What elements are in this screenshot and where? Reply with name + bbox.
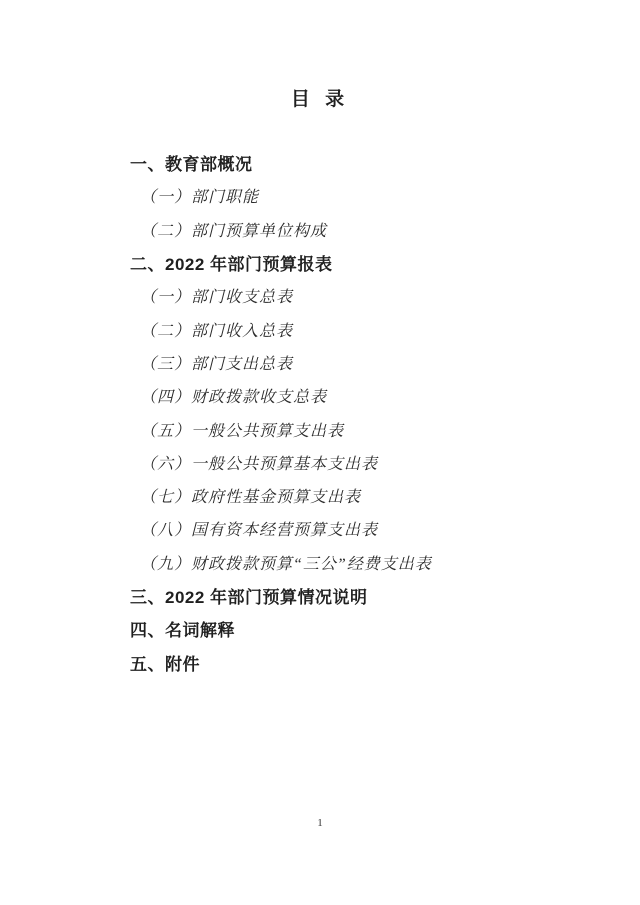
toc-item-level2: （六）一般公共预算基本支出表 bbox=[130, 446, 600, 479]
toc-item-level2: （四）财政拨款收支总表 bbox=[130, 379, 600, 412]
toc-item-level2: （七）政府性基金预算支出表 bbox=[130, 479, 600, 512]
page-title: 目 录 bbox=[0, 84, 640, 111]
toc-item-level2: （一）部门收支总表 bbox=[130, 279, 600, 312]
toc-item-level2: （二）部门预算单位构成 bbox=[130, 213, 600, 246]
toc-list: 一、教育部概况（一）部门职能（二）部门预算单位构成二、2022 年部门预算报表（… bbox=[130, 146, 600, 679]
toc-item-level2: （九）财政拨款预算“三公”经费支出表 bbox=[130, 546, 600, 579]
document-page: 目 录 一、教育部概况（一）部门职能（二）部门预算单位构成二、2022 年部门预… bbox=[0, 0, 640, 905]
toc-item-level1: 四、名词解释 bbox=[130, 612, 600, 645]
toc-item-level1: 三、2022 年部门预算情况说明 bbox=[130, 579, 600, 612]
page-number: 1 bbox=[0, 817, 640, 829]
toc-item-level1: 一、教育部概况 bbox=[130, 146, 600, 179]
toc-item-level1: 五、附件 bbox=[130, 645, 600, 678]
toc-item-level1: 二、2022 年部门预算报表 bbox=[130, 246, 600, 279]
toc-item-level2: （五）一般公共预算支出表 bbox=[130, 412, 600, 445]
toc-item-level2: （三）部门支出总表 bbox=[130, 346, 600, 379]
toc-item-level2: （二）部门收入总表 bbox=[130, 312, 600, 345]
toc-item-level2: （八）国有资本经营预算支出表 bbox=[130, 512, 600, 545]
toc-item-level2: （一）部门职能 bbox=[130, 179, 600, 212]
